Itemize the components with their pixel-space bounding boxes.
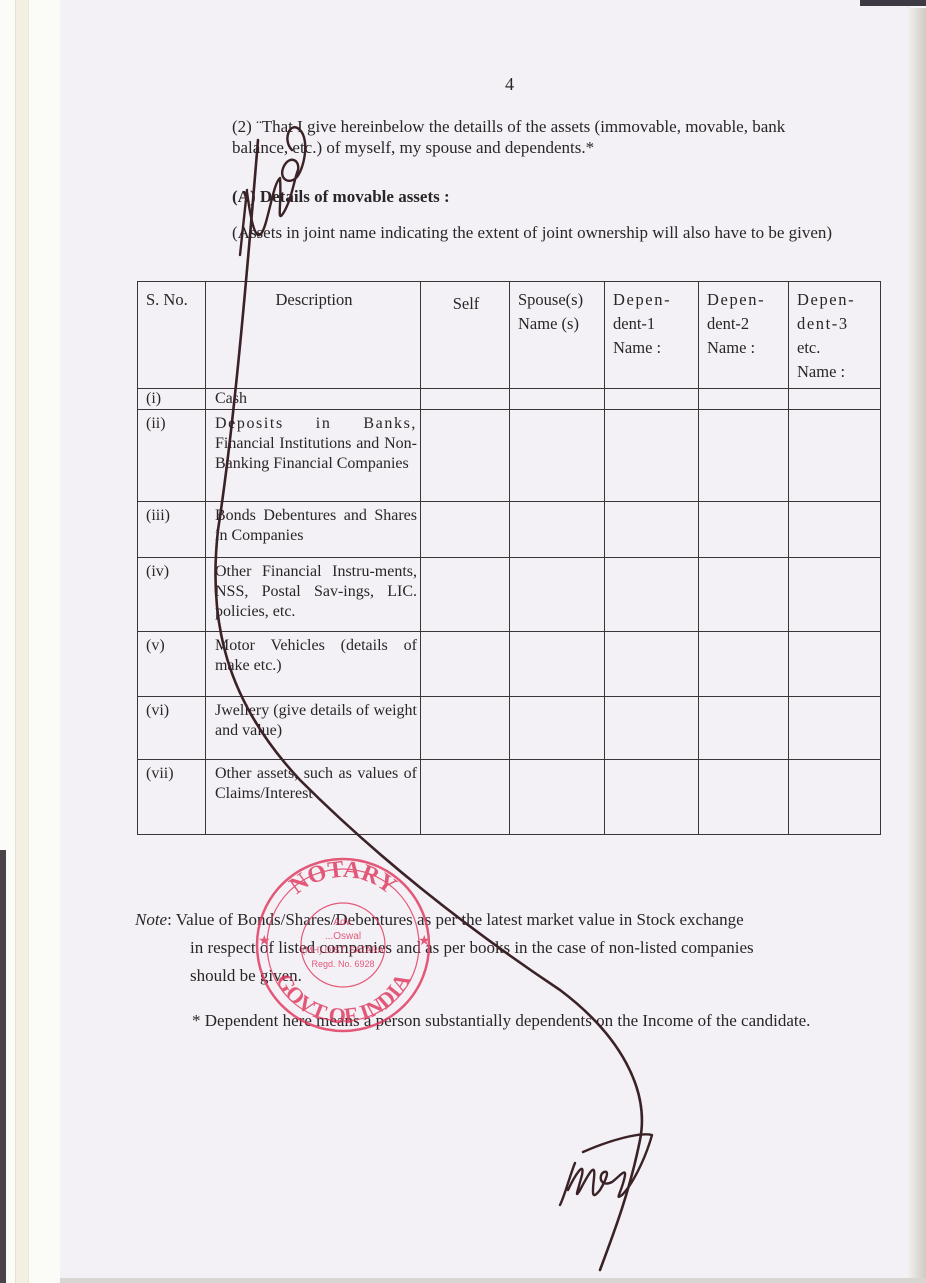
scanner-edge-top	[860, 0, 926, 6]
cell-dependent-1	[605, 697, 699, 760]
cell-dependent-2	[699, 502, 789, 558]
page-bottom-edge	[60, 1278, 926, 1283]
header-dep2-l3: Name :	[707, 336, 782, 360]
table-row: (iv) Other Financial Instru-ments, NSS, …	[138, 558, 881, 632]
cell-description: Cash	[206, 389, 421, 410]
cell-self	[421, 760, 510, 835]
cell-sno: (ii)	[138, 410, 206, 502]
header-dep2-l2: dent-2	[707, 312, 782, 336]
cell-sno: (vii)	[138, 760, 206, 835]
cell-dependent-1	[605, 389, 699, 410]
cell-dependent-1	[605, 502, 699, 558]
cell-self	[421, 389, 510, 410]
cell-sno: (iv)	[138, 558, 206, 632]
header-dep3-l1: Depen-	[797, 288, 874, 312]
section-heading: (A) Details of movable assets :	[232, 186, 450, 207]
cell-dependent-1	[605, 760, 699, 835]
intro-paragraph: (2) ¨That I give hereinbelow the detaill…	[232, 116, 884, 158]
cell-dependent-2	[699, 697, 789, 760]
cell-dependent-2	[699, 389, 789, 410]
table-row: (v) Motor Vehicles (details of make etc.…	[138, 632, 881, 697]
header-description: Description	[206, 282, 421, 389]
header-spouse-l2: Name (s)	[518, 312, 598, 336]
description-first-line: Deposits in Banks,	[215, 415, 417, 432]
cell-dependent-3	[789, 410, 881, 502]
cell-spouse	[510, 502, 605, 558]
cell-spouse	[510, 697, 605, 760]
cell-dependent-3	[789, 558, 881, 632]
cell-spouse	[510, 410, 605, 502]
movable-assets-table: S. No. Description Self Spouse(s) Name (…	[137, 281, 881, 835]
cell-self	[421, 410, 510, 502]
cell-dependent-1	[605, 632, 699, 697]
note-line-2: in respect of listed companies and as pe…	[135, 934, 880, 962]
cell-self	[421, 632, 510, 697]
header-dependent-2: Depen- dent-2 Name :	[699, 282, 789, 389]
header-dep3-l3: etc.	[797, 336, 874, 360]
cell-description: Motor Vehicles (details of make etc.)	[206, 632, 421, 697]
cell-description: Jwellery (give details of weight and val…	[206, 697, 421, 760]
page-right-edge	[908, 8, 926, 1283]
cell-spouse	[510, 632, 605, 697]
cell-dependent-1	[605, 410, 699, 502]
header-dep1-l2: dent-1	[613, 312, 692, 336]
header-dep1-l3: Name :	[613, 336, 692, 360]
cell-dependent-3	[789, 760, 881, 835]
note-line-1: : Value of Bonds/Shares/Debentures as pe…	[167, 910, 744, 929]
scanner-edge	[0, 850, 6, 1283]
cell-dependent-3	[789, 502, 881, 558]
cell-self	[421, 558, 510, 632]
cell-dependent-1	[605, 558, 699, 632]
page-number: 4	[505, 74, 514, 95]
header-spouse-l1: Spouse(s)	[518, 288, 598, 312]
cell-spouse	[510, 558, 605, 632]
dependent-definition: * Dependent here means a person substant…	[135, 1008, 880, 1033]
cell-spouse	[510, 760, 605, 835]
table-row: (vi) Jwellery (give details of weight an…	[138, 697, 881, 760]
table-row: (ii) Deposits in Banks, Financial Instit…	[138, 410, 881, 502]
cell-dependent-3	[789, 389, 881, 410]
table-row: (vii) Other assets, such as values of Cl…	[138, 760, 881, 835]
cell-sno: (i)	[138, 389, 206, 410]
header-dep3-l2: dent-3	[797, 312, 874, 336]
cell-description: Other assets, such as values of Claims/I…	[206, 760, 421, 835]
intro-line-2: balance, etc.) of myself, my spouse and …	[232, 137, 884, 158]
cell-sno: (vi)	[138, 697, 206, 760]
header-dep3-l4: Name :	[797, 360, 874, 384]
cell-description: Other Financial Instru-ments, NSS, Posta…	[206, 558, 421, 632]
note-label: Note	[135, 910, 167, 929]
cell-dependent-2	[699, 558, 789, 632]
cell-dependent-2	[699, 632, 789, 697]
header-sno: S. No.	[138, 282, 206, 389]
header-spouse: Spouse(s) Name (s)	[510, 282, 605, 389]
note-paragraph: Note: Value of Bonds/Shares/Debentures a…	[135, 906, 880, 990]
cell-sno: (iii)	[138, 502, 206, 558]
cell-sno: (v)	[138, 632, 206, 697]
section-note: (Assets in joint name indicating the ext…	[232, 222, 884, 243]
header-self: Self	[421, 282, 510, 389]
header-dependent-1: Depen- dent-1 Name :	[605, 282, 699, 389]
cell-spouse	[510, 389, 605, 410]
page-fold	[15, 0, 29, 1283]
cell-dependent-3	[789, 632, 881, 697]
table-header-row: S. No. Description Self Spouse(s) Name (…	[138, 282, 881, 389]
cell-dependent-2	[699, 410, 789, 502]
table-row: (i) Cash	[138, 389, 881, 410]
cell-description: Bonds Debentures and Shares in Companies	[206, 502, 421, 558]
cell-dependent-3	[789, 697, 881, 760]
cell-self	[421, 697, 510, 760]
header-dependent-3: Depen- dent-3 etc. Name :	[789, 282, 881, 389]
header-dep1-l1: Depen-	[613, 288, 692, 312]
note-line-3: should be given.	[135, 962, 880, 990]
header-dep2-l1: Depen-	[707, 288, 782, 312]
cell-description: Deposits in Banks, Financial Institution…	[206, 410, 421, 502]
cell-self	[421, 502, 510, 558]
table-row: (iii) Bonds Debentures and Shares in Com…	[138, 502, 881, 558]
cell-dependent-2	[699, 760, 789, 835]
intro-line-1: (2) ¨That I give hereinbelow the detaill…	[232, 116, 884, 137]
